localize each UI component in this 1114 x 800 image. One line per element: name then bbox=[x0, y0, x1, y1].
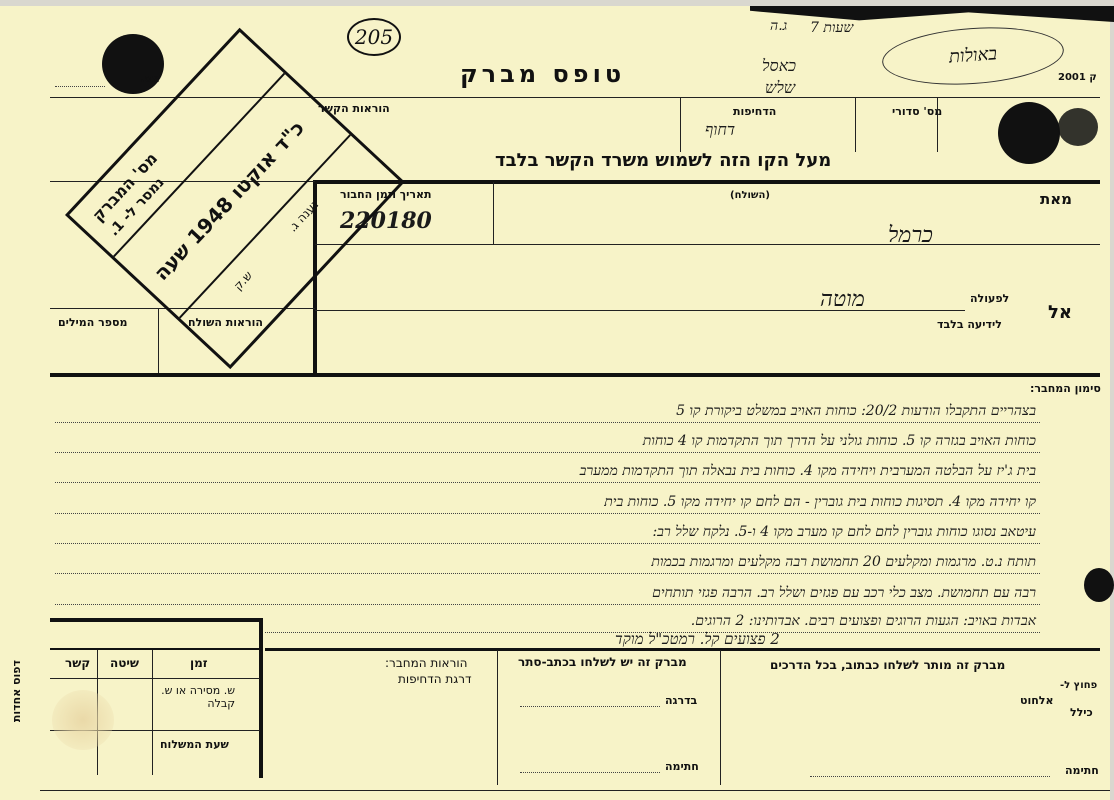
sender-paren-label: (השולח) bbox=[730, 190, 770, 201]
message-line[interactable]: עיטאב נסוגו כוחות גוברין לחם לחם קו מערב… bbox=[55, 519, 1040, 544]
from-label: מאת bbox=[1040, 190, 1072, 208]
to-value[interactable]: מוטה bbox=[820, 286, 865, 312]
signature-label-2: חתימה bbox=[1065, 764, 1099, 777]
from-value[interactable]: כרמל bbox=[888, 222, 933, 248]
message-number-field[interactable] bbox=[55, 86, 105, 87]
word-count-label: מספר המילים bbox=[58, 316, 127, 329]
cipher-note: מברק זה יש לשלחו בכתב-סתר bbox=[518, 655, 687, 669]
divider bbox=[937, 97, 938, 152]
divider bbox=[497, 650, 498, 785]
divider bbox=[680, 97, 681, 152]
divider bbox=[50, 373, 1100, 377]
rank-label: בדרגה bbox=[665, 694, 697, 707]
divider bbox=[265, 648, 1100, 651]
form-code: ק 2001 bbox=[1058, 72, 1097, 83]
divider bbox=[720, 650, 721, 785]
divider bbox=[315, 310, 965, 311]
message-line[interactable]: תותח נ.ט. מרגמות ומקלעים 20 תחמושת רבה מ… bbox=[55, 549, 1040, 574]
except-label: פחוץ ל- bbox=[1060, 680, 1097, 691]
for-info-label: לידיעה בלבד bbox=[937, 318, 1002, 331]
redaction-blot bbox=[998, 102, 1060, 164]
wireless-label: אלחוט bbox=[1020, 694, 1053, 707]
reserved-line-notice: מעל הקו הזה לשמוש משרד הקשר בלבד bbox=[495, 150, 831, 171]
redaction-blot bbox=[102, 34, 164, 94]
divider bbox=[259, 618, 263, 778]
method-column-header: שיטה bbox=[110, 656, 139, 670]
redaction-blot bbox=[1084, 568, 1114, 602]
redaction-blot bbox=[1058, 108, 1098, 146]
message-signature-line[interactable]: 2 פצועים קל. רמטכ"ל מוקד bbox=[615, 630, 780, 649]
message-line[interactable]: קו יחידה מקו 4. תסיגות כוחות בית גוברין … bbox=[55, 489, 1040, 514]
divider bbox=[158, 308, 159, 375]
divider bbox=[315, 244, 1100, 245]
circled-document-number: 205 bbox=[347, 18, 401, 56]
paper-stain bbox=[52, 690, 114, 750]
comm-column-header: קשר bbox=[65, 656, 90, 670]
composer-instructions-label: הוראות המחבר: bbox=[385, 656, 467, 670]
signature-label: חתימה bbox=[665, 760, 699, 773]
print-mark: דפוס אחדות bbox=[10, 660, 23, 722]
message-number-label: מס. bbox=[140, 72, 160, 85]
divider bbox=[855, 97, 856, 152]
composer-id-label: סימון המחבר: bbox=[1030, 382, 1101, 395]
handwritten-note-2: שעות 7 bbox=[810, 20, 853, 37]
message-line[interactable]: בצהריים התקבלו הודעות 20/2: כוחות האויב … bbox=[55, 398, 1040, 423]
form-title: טופס מברק bbox=[460, 60, 625, 88]
divider bbox=[152, 650, 153, 775]
divider bbox=[315, 180, 1100, 184]
message-line[interactable]: כוחות האויב בגזרה קו 5. כוחות גולני על ה… bbox=[55, 428, 1040, 453]
for-action-label: לפעולה bbox=[970, 292, 1009, 305]
message-line[interactable]: בית ג'יז על הבלטה המערבית ויחידה מקו 4. … bbox=[55, 458, 1040, 483]
priority-label: הדחיפות bbox=[733, 105, 776, 118]
signature-field[interactable] bbox=[520, 772, 660, 773]
divider bbox=[50, 678, 260, 679]
divider bbox=[493, 182, 494, 244]
handwritten-note-1: ג.ה bbox=[770, 18, 787, 35]
handwritten-note-3: כאסל bbox=[762, 56, 796, 76]
stamp-line-5: ש.ק bbox=[231, 268, 255, 293]
plain-note: מברק זה מותר לשלחו כבתוב, בכל הדרכים bbox=[770, 658, 1005, 672]
priority-grade-label: דרגת הדחיפות bbox=[398, 672, 472, 686]
dispatch-time-label: שעת המשלוח bbox=[160, 738, 229, 751]
rank-field[interactable] bbox=[520, 706, 660, 707]
divider bbox=[40, 790, 1110, 791]
handwritten-note-4: שלש bbox=[765, 78, 795, 98]
divider bbox=[50, 618, 262, 622]
serial-number-label: מס' סדורי bbox=[892, 105, 942, 118]
general-label: כילל bbox=[1070, 706, 1093, 719]
stamp-line-3: כ"ד אוקטו 1948 שעה bbox=[149, 116, 309, 285]
priority-value[interactable]: דחוף bbox=[705, 120, 735, 140]
message-line[interactable]: רבה עם תחמושת. מצב כלי רכב עם פגזים ושלל… bbox=[55, 580, 1040, 605]
divider bbox=[50, 648, 262, 650]
time-column-header: זמן bbox=[190, 656, 208, 670]
signature-field-2[interactable] bbox=[810, 776, 1050, 777]
stamp-line-4: נענה ג. bbox=[285, 198, 321, 235]
to-label: אל bbox=[1048, 302, 1072, 323]
delivery-receipt-label: ש. מסירה או ש. קבלה bbox=[160, 684, 235, 710]
